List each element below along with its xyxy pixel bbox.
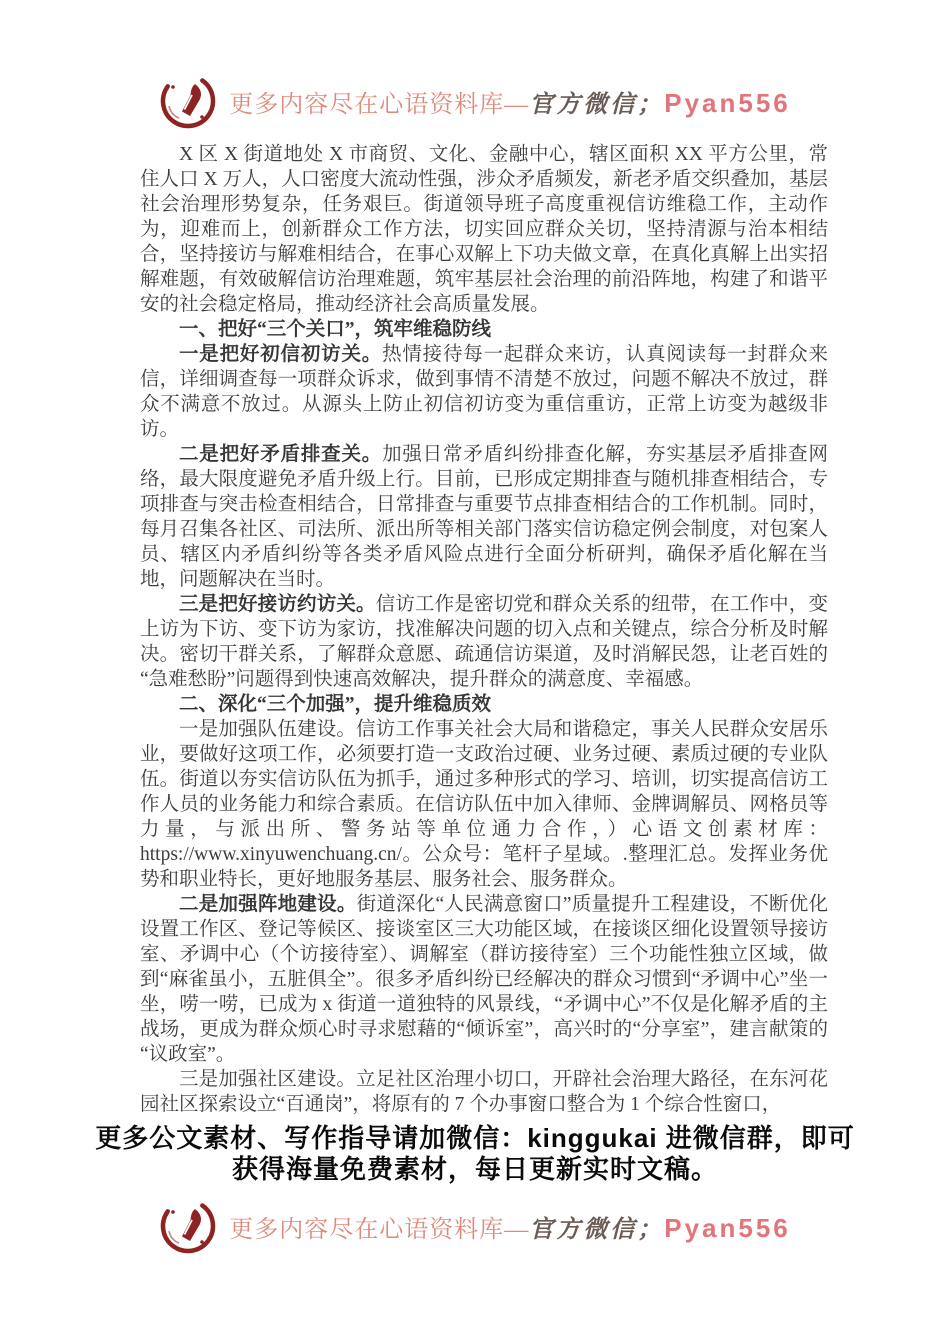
paragraph-community-building-text: 三是加强社区建设。立足社区治理小切口，开辟社会治理大路径，在东河花园社区探索设立… [140, 1069, 828, 1115]
paragraph-intro: X 区 X 街道地处 X 市商贸、文化、金融中心，辖区面积 XX 平方公里，常住… [140, 142, 828, 317]
footer-promo-line1: 更多公文素材、写作指导请加微信：kinggukai 进微信群，即可 [0, 1123, 950, 1154]
paragraph-position-building-lead: 二是加强阵地建设。 [179, 894, 357, 915]
banner-wechat-label: 官方微信； [529, 92, 664, 118]
banner-text: 更多内容尽在心语资料库—官方微信；Pyan556 [229, 1209, 791, 1244]
header-banner: 更多内容尽在心语资料库—官方微信；Pyan556 [0, 70, 950, 132]
paragraph-first-visits-lead: 一是把好初信初访关。 [179, 344, 382, 365]
paragraph-reception: 三是把好接访约访关。信访工作是密切党和群众关系的纽带，在工作中，变上访为下访、变… [140, 592, 828, 692]
paragraph-team-building-text: 一是加强队伍建设。信访工作事关社会大局和谐稳定，事关人民群众安居乐业，要做好这项… [140, 719, 828, 890]
paragraph-community-building: 三是加强社区建设。立足社区治理小切口，开辟社会治理大路径，在东河花园社区探索设立… [140, 1067, 828, 1117]
footer-promo-line2: 获得海量免费素材，每日更新实时文稿。 [0, 1154, 950, 1185]
pen-swirl-logo-icon [159, 1197, 217, 1255]
section-heading-2: 二、深化“三个加强”，提升维稳质效 [140, 692, 828, 717]
paragraph-first-visits: 一是把好初信初访关。热情接待每一起群众来访，认真阅读每一封群众来信，详细调查每一… [140, 342, 828, 442]
banner-wechat-id: Pyan556 [664, 88, 791, 118]
banner-wechat-id: Pyan556 [664, 1213, 791, 1243]
paragraph-position-building-text: 街道深化“人民满意窗口”质量提升工程建设，不断优化设置工作区、登记等候区、接谈室… [140, 894, 828, 1065]
footer-banner: 更多内容尽在心语资料库—官方微信；Pyan556 [0, 1195, 950, 1257]
banner-wechat-label: 官方微信； [529, 1217, 664, 1243]
paragraph-conflict-screening: 二是把好矛盾排查关。加强日常矛盾纠纷排查化解，夯实基层矛盾排查网络，最大限度避免… [140, 442, 828, 592]
paragraph-position-building: 二是加强阵地建设。街道深化“人民满意窗口”质量提升工程建设，不断优化设置工作区、… [140, 892, 828, 1067]
document-body: X 区 X 街道地处 X 市商贸、文化、金融中心，辖区面积 XX 平方公里，常住… [140, 142, 828, 1117]
banner-main-text: 更多内容尽在心语资料库— [229, 1217, 529, 1243]
banner-text: 更多内容尽在心语资料库—官方微信；Pyan556 [229, 84, 791, 119]
footer-promo: 更多公文素材、写作指导请加微信：kinggukai 进微信群，即可 获得海量免费… [0, 1123, 950, 1185]
paragraph-reception-lead: 三是把好接访约访关。 [179, 594, 376, 615]
banner-main-text: 更多内容尽在心语资料库— [229, 92, 529, 118]
section-heading-1: 一、把好“三个关口”，筑牢维稳防线 [140, 317, 828, 342]
pen-swirl-logo-icon [159, 72, 217, 130]
paragraph-conflict-screening-text: 加强日常矛盾纠纷排查化解，夯实基层矛盾排查网络，最大限度避免矛盾升级上行。目前，… [140, 444, 828, 590]
paragraph-team-building: 一是加强队伍建设。信访工作事关社会大局和谐稳定，事关人民群众安居乐业，要做好这项… [140, 717, 828, 892]
paragraph-conflict-screening-lead: 二是把好矛盾排查关。 [179, 444, 382, 465]
paragraph-intro-text: X 区 X 街道地处 X 市商贸、文化、金融中心，辖区面积 XX 平方公里，常住… [140, 144, 828, 315]
